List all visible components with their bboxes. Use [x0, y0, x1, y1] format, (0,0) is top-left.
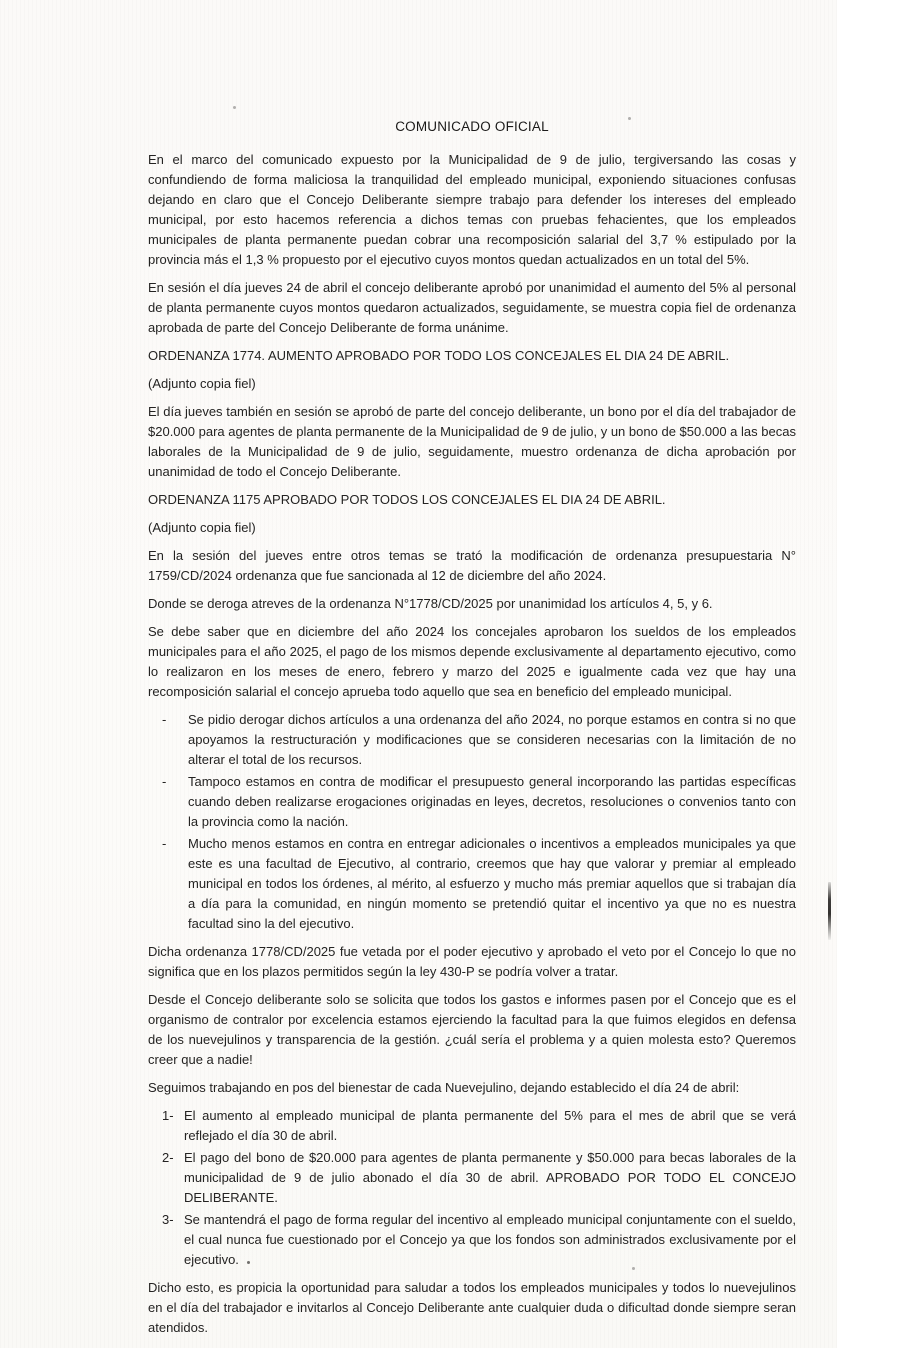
- bullet-marker: -: [162, 710, 188, 770]
- paragraph-deroga-articulos: Donde se deroga atreves de la ordenanza …: [148, 594, 796, 614]
- note-adjunto-copia-fiel-2: (Adjunto copia fiel): [148, 518, 796, 538]
- numbered-list: 1- El aumento al empleado municipal de p…: [148, 1106, 796, 1270]
- list-item: - Mucho menos estamos en contra en entre…: [162, 834, 796, 934]
- list-item: 2- El pago del bono de $20.000 para agen…: [162, 1148, 796, 1208]
- paragraph-veto-1778: Dicha ordenanza 1778/CD/2025 fue vetada …: [148, 942, 796, 982]
- paragraph-seguimos-trabajando: Seguimos trabajando en pos del bienestar…: [148, 1078, 796, 1098]
- paragraph-bono-trabajador: El día jueves también en sesión se aprob…: [148, 402, 796, 482]
- scan-artifact-dot: [233, 106, 236, 109]
- paragraph-desde-concejo: Desde el Concejo deliberante solo se sol…: [148, 990, 796, 1070]
- heading-ordenanza-1175: ORDENANZA 1175 APROBADO POR TODOS LOS CO…: [148, 490, 796, 510]
- number-marker: 1-: [162, 1106, 184, 1146]
- bullet-list: - Se pidio derogar dichos artículos a un…: [148, 710, 796, 934]
- list-item-text: Mucho menos estamos en contra en entrega…: [188, 834, 796, 934]
- list-item: - Tampoco estamos en contra de modificar…: [162, 772, 796, 832]
- bullet-marker: -: [162, 772, 188, 832]
- bullet-marker: -: [162, 834, 188, 934]
- number-marker: 2-: [162, 1148, 184, 1208]
- paragraph-intro: En el marco del comunicado expuesto por …: [148, 150, 796, 270]
- heading-ordenanza-1774: ORDENANZA 1774. AUMENTO APROBADO POR TOD…: [148, 346, 796, 366]
- document-title: COMUNICADO OFICIAL: [148, 118, 796, 136]
- list-item: 3- Se mantendrá el pago de forma regular…: [162, 1210, 796, 1270]
- note-adjunto-copia-fiel-1: (Adjunto copia fiel): [148, 374, 796, 394]
- scanned-page: COMUNICADO OFICIAL En el marco del comun…: [0, 0, 923, 1348]
- paragraph-cierre: Dicho esto, es propicia la oportunidad p…: [148, 1278, 796, 1338]
- paragraph-sueldos-2025: Se debe saber que en diciembre del año 2…: [148, 622, 796, 702]
- scan-artifact-mark: [828, 882, 831, 940]
- scan-edge: [837, 0, 923, 1348]
- list-item-text: Se pidio derogar dichos artículos a una …: [188, 710, 796, 770]
- list-item-text: El aumento al empleado municipal de plan…: [184, 1106, 796, 1146]
- list-item: 1- El aumento al empleado municipal de p…: [162, 1106, 796, 1146]
- list-item-text: Se mantendrá el pago de forma regular de…: [184, 1210, 796, 1270]
- number-marker: 3-: [162, 1210, 184, 1270]
- list-item-text: El pago del bono de $20.000 para agentes…: [184, 1148, 796, 1208]
- paragraph-sesion-24-abril: En sesión el día jueves 24 de abril el c…: [148, 278, 796, 338]
- list-item-text: Tampoco estamos en contra de modificar e…: [188, 772, 796, 832]
- document-body: COMUNICADO OFICIAL En el marco del comun…: [148, 118, 796, 1346]
- list-item: - Se pidio derogar dichos artículos a un…: [162, 710, 796, 770]
- paragraph-presupuestaria: En la sesión del jueves entre otros tema…: [148, 546, 796, 586]
